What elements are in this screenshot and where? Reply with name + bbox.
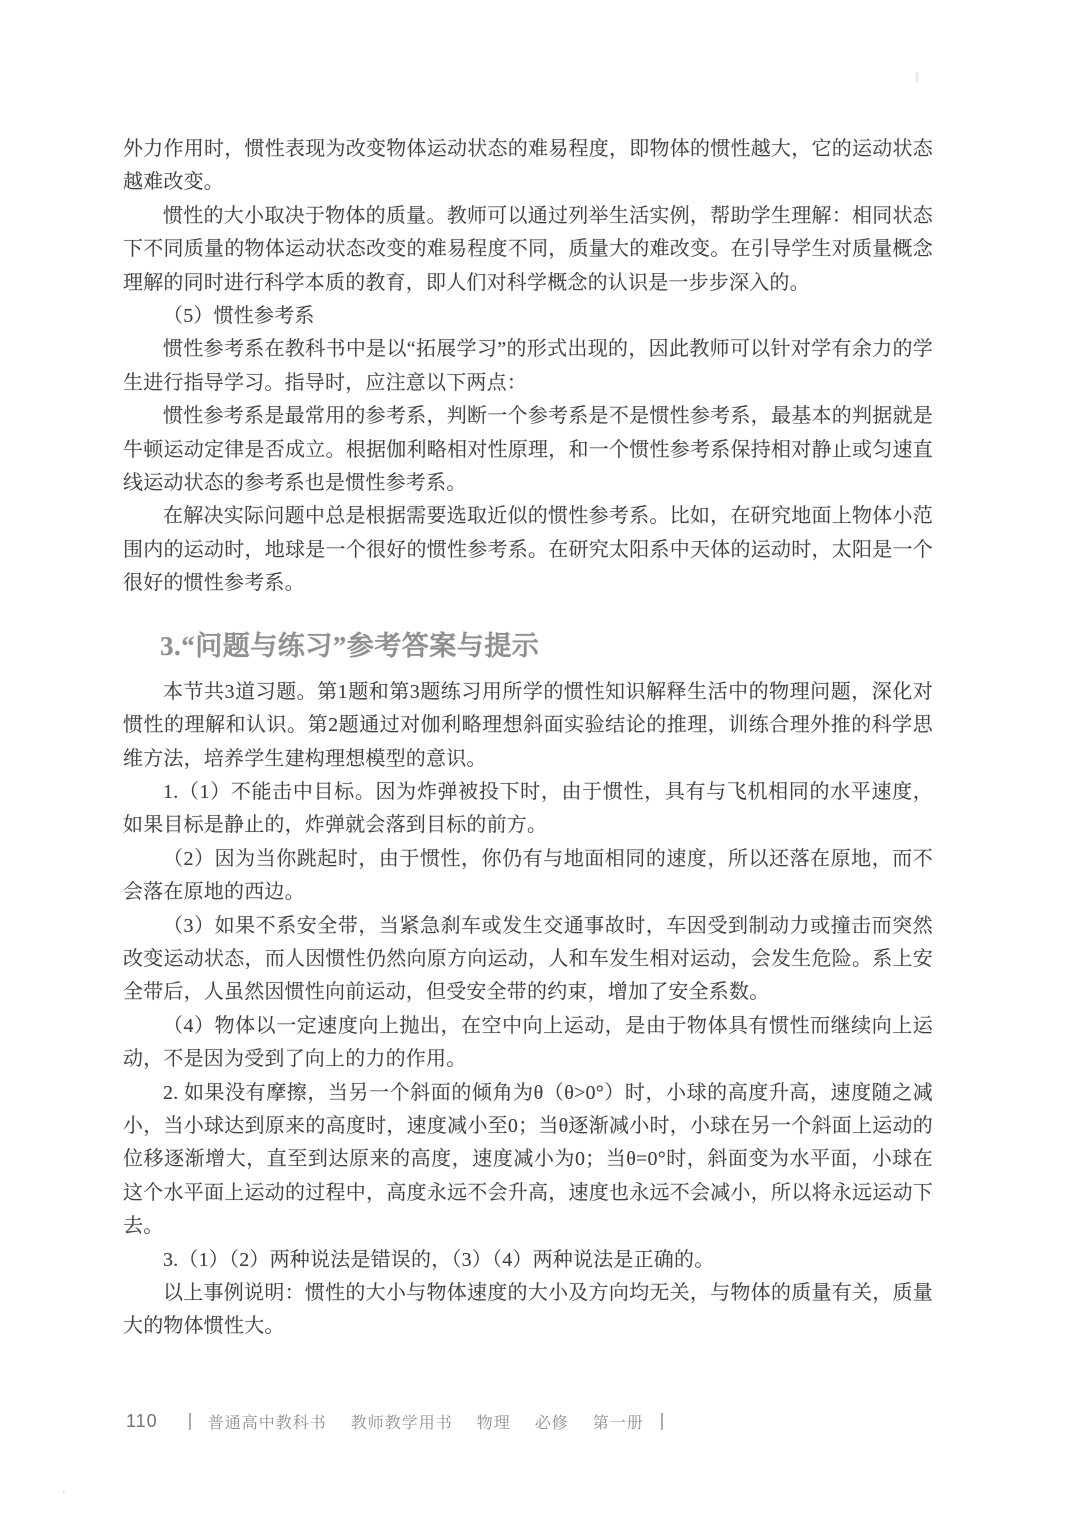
body-paragraph: 惯性的大小取决于物体的质量。教师可以通过列举生活实例，帮助学生理解：相同状态下不… (123, 200, 933, 300)
body-paragraph: （4）物体以一定速度向上抛出，在空中向上运动，是由于物体具有惯性而继续向上运动，… (123, 1010, 933, 1077)
body-paragraph: （2）因为当你跳起时，由于惯性，你仍有与地面相同的速度，所以还落在原地，而不会落… (123, 843, 933, 910)
body-paragraph: 惯性参考系是最常用的参考系，判断一个参考系是不是惯性参考系，最基本的判据就是牛顿… (123, 400, 933, 500)
scan-artifact (915, 72, 919, 82)
footer-divider-bar (661, 1413, 663, 1430)
footer-book-info-item: 普通高中教科书 (208, 1410, 327, 1433)
footer-book-info-item: 第一册 (593, 1410, 644, 1433)
body-paragraph: 3.（1）（2）两种说法是错误的，（3）（4）两种说法是正确的。 (123, 1244, 933, 1277)
footer-book-info-item: 教师教学用书 (351, 1410, 453, 1433)
section-heading: 3.“问题与练习”参考答案与提示 (123, 629, 933, 663)
body-paragraph: 2. 如果没有摩擦，当另一个斜面的倾角为θ（θ>0°）时，小球的高度升高，速度随… (123, 1077, 933, 1244)
body-paragraph: 外力作用时，惯性表现为改变物体运动状态的难易程度，即物体的惯性越大，它的运动状态… (123, 133, 933, 200)
footer-book-info: 普通高中教科书教师教学用书物理必修第一册 (208, 1410, 644, 1433)
page-text-column: 外力作用时，惯性表现为改变物体运动状态的难易程度，即物体的惯性越大，它的运动状态… (123, 133, 933, 1344)
body-paragraph: （3）如果不系安全带，当紧急刹车或发生交通事故时，车因受到制动力或撞击而突然改变… (123, 910, 933, 1010)
scan-artifact: ' (60, 1487, 66, 1503)
body-paragraph: （5）惯性参考系 (123, 300, 933, 333)
body-paragraph: 本节共3道习题。第1题和第3题练习用所学的惯性知识解释生活中的物理问题，深化对惯… (123, 676, 933, 776)
body-paragraph: 1.（1）不能击中目标。因为炸弹被投下时，由于惯性，具有与飞机相同的水平速度，如… (123, 776, 933, 843)
page-footer: 110 普通高中教科书教师教学用书物理必修第一册 (126, 1410, 663, 1433)
page-number: 110 (126, 1411, 158, 1432)
body-paragraph: 在解决实际问题中总是根据需要选取近似的惯性参考系。比如，在研究地面上物体小范围内… (123, 500, 933, 600)
footer-book-info-item: 物理 (477, 1410, 511, 1433)
footer-divider-bar (189, 1413, 191, 1430)
scanned-book-page: 外力作用时，惯性表现为改变物体运动状态的难易程度，即物体的惯性越大，它的运动状态… (0, 0, 1080, 1523)
body-paragraph: 惯性参考系在教科书中是以“拓展学习”的形式出现的，因此教师可以针对学有余力的学生… (123, 333, 933, 400)
body-paragraph: 以上事例说明：惯性的大小与物体速度的大小及方向均无关，与物体的质量有关，质量大的… (123, 1277, 933, 1344)
footer-book-info-item: 必修 (535, 1410, 569, 1433)
